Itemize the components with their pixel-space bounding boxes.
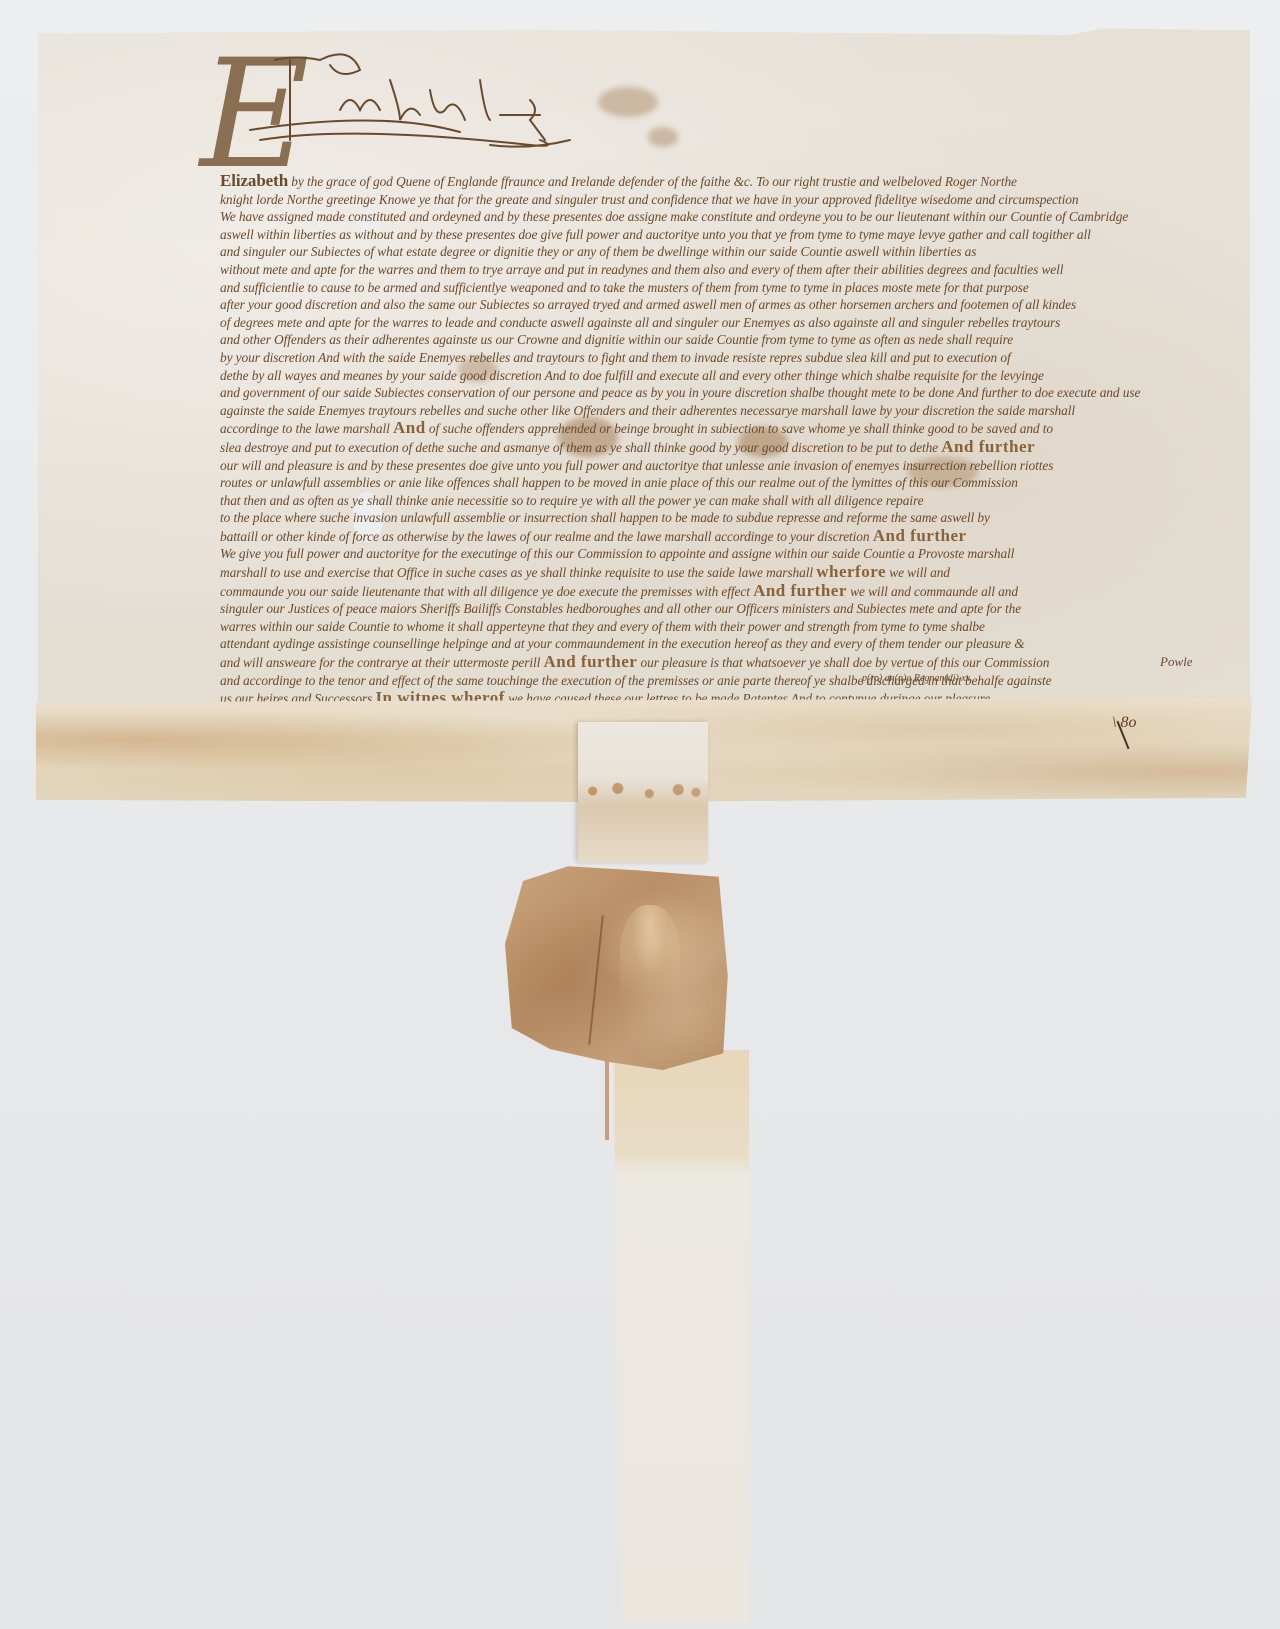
text-line-25: singuler our Justices of peace maiors Sh… — [220, 600, 1230, 618]
opening-word: Elizabeth — [220, 172, 288, 190]
regnal-note: p(ro) an(n)o Regnan(di) xx — [862, 673, 970, 684]
seal-tag-stains — [580, 778, 706, 804]
royal-signature — [200, 30, 580, 150]
clerk-signature: Powle — [1160, 654, 1193, 670]
text-line-11: by your discretion And with the saide En… — [220, 349, 1230, 367]
line-text: by the grace of god Quene of Englande ff… — [291, 174, 1017, 189]
text-line-28: and will answeare for the contrarye at t… — [220, 653, 1230, 672]
fold-endorsement: \ 8o — [1112, 714, 1136, 732]
document-body: Elizabeth by the grace of god Quene of E… — [220, 172, 1230, 726]
seal-tag-edge — [605, 1060, 609, 1140]
text-line-13: and government of our saide Subiectes co… — [220, 384, 1230, 402]
wax-seal-fragment — [505, 860, 730, 1070]
text-line-18: routes or unlawfull assemblies or anie l… — [220, 474, 1230, 492]
emphasized-word: And further — [873, 527, 967, 545]
line-text: and will answeare for the contrarye at t… — [220, 655, 540, 670]
text-line-26: warres within our saide Countie to whome… — [220, 618, 1230, 636]
text-line-22: We give you full power and auctoritye fo… — [220, 545, 1230, 563]
text-line-8: after your good discretion and also the … — [220, 296, 1230, 314]
text-line-29: and accordinge to the tenor and effect o… — [220, 672, 1230, 690]
seal-figure-impression — [620, 905, 680, 1015]
text-line-23: marshall to use and exercise that Office… — [220, 563, 1230, 582]
text-line-4: aswell within liberties as without and b… — [220, 226, 1230, 244]
emphasized-word: wherfore — [816, 563, 886, 581]
line-text: we will and — [889, 565, 950, 580]
line-text: accordinge to the lawe marshall — [220, 421, 390, 436]
emphasized-word: And — [393, 419, 426, 437]
text-line-1: Elizabeth by the grace of god Quene of E… — [220, 172, 1230, 191]
text-line-2: knight lorde Northe greetinge Knowe ye t… — [220, 191, 1230, 209]
text-line-3: We have assigned made constituted and or… — [220, 208, 1230, 226]
line-text: of suche offenders apprehended or beinge… — [429, 421, 1053, 436]
text-line-6: without mete and apte for the warres and… — [220, 261, 1230, 279]
emphasized-word: And further — [543, 653, 637, 671]
text-line-19: that then and as often as ye shall think… — [220, 492, 1230, 510]
line-text: our pleasure is that whatsoever ye shall… — [641, 655, 1050, 670]
text-line-21: battaill or other kinde of force as othe… — [220, 527, 1230, 546]
line-text: battaill or other kinde of force as othe… — [220, 529, 870, 544]
text-line-24: commaunde you our saide lieutenante that… — [220, 582, 1230, 601]
text-line-27: attendant aydinge assistinge counselling… — [220, 635, 1230, 653]
text-line-15: accordinge to the lawe marshall And of s… — [220, 419, 1230, 438]
text-line-5: and singuler our Subiectes of what estat… — [220, 243, 1230, 261]
text-line-17: our will and pleasure is and by these pr… — [220, 457, 1230, 475]
text-line-14: againste the saide Enemyes traytours reb… — [220, 402, 1230, 420]
line-text: commaunde you our saide lieutenante that… — [220, 584, 750, 599]
emphasized-word: And further — [753, 582, 847, 600]
text-line-7: and sufficientlie to cause to be armed a… — [220, 279, 1230, 297]
text-line-9: of degrees mete and apte for the warres … — [220, 314, 1230, 332]
text-line-16: slea destroye and put to execution of de… — [220, 438, 1230, 457]
emphasized-word: And further — [941, 438, 1035, 456]
line-text: we will and commaunde all and — [850, 584, 1018, 599]
line-text: slea destroye and put to execution of de… — [220, 440, 938, 455]
text-line-10: and other Offenders as their adherentes … — [220, 331, 1230, 349]
ink-stain — [648, 127, 678, 147]
text-line-20: to the place where suche invasion unlawf… — [220, 509, 1230, 527]
ink-stain — [598, 87, 658, 117]
text-line-12: dethe by all wayes and meanes by your sa… — [220, 367, 1230, 385]
seal-tag-lower — [614, 1050, 749, 1625]
line-text: marshall to use and exercise that Office… — [220, 565, 813, 580]
